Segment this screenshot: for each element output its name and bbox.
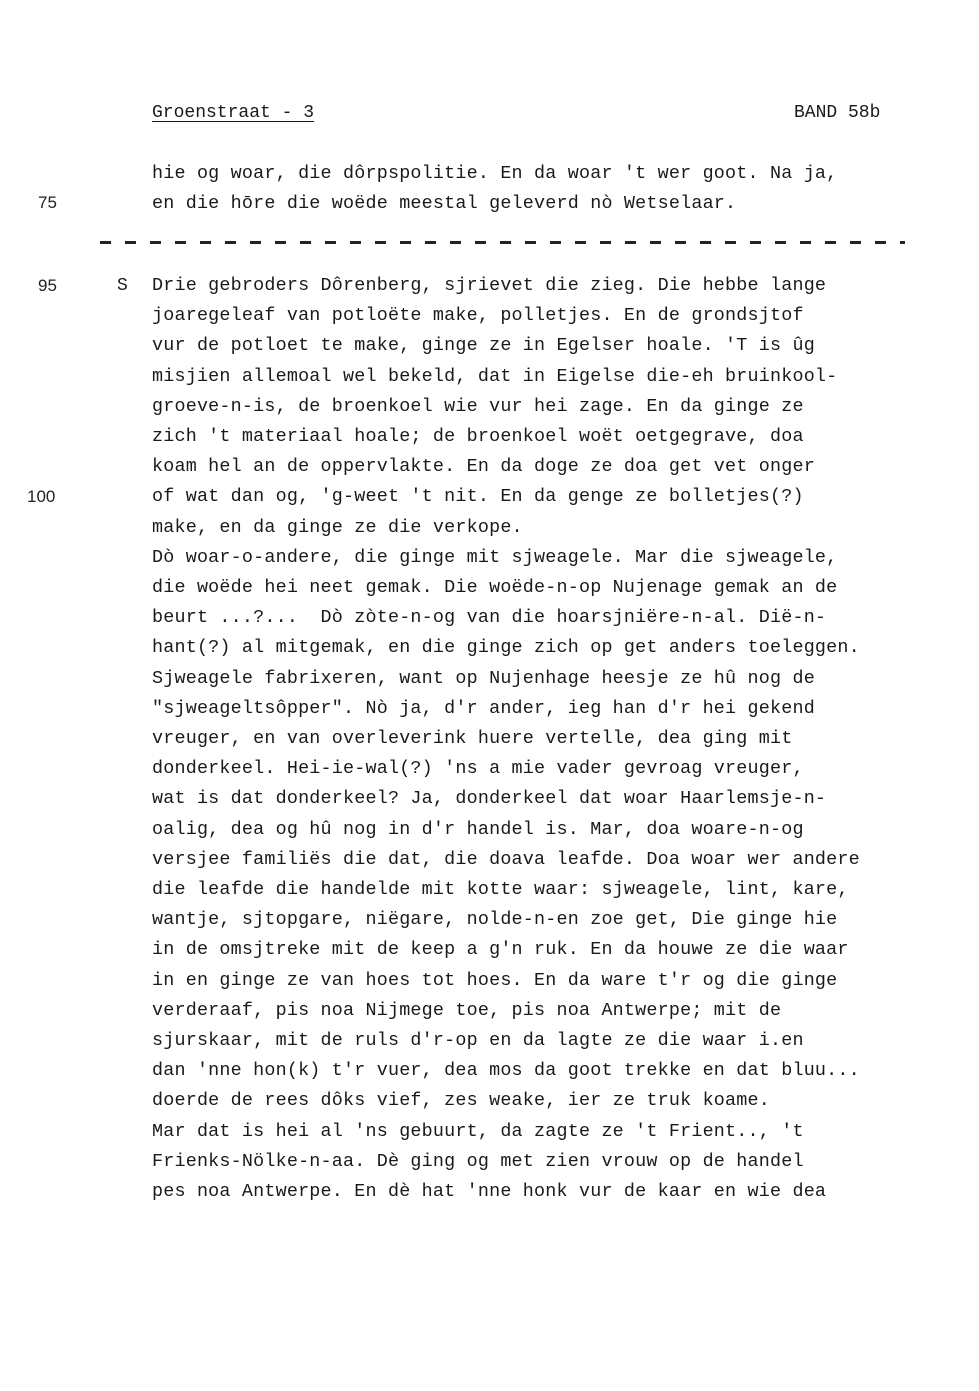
transcript-line: wantje, sjtopgare, niëgare, nolde-n-en z… bbox=[152, 909, 837, 930]
speaker-label: S bbox=[117, 276, 128, 296]
transcript-line: doerde de rees dôks vief, zes weake, ier… bbox=[152, 1090, 770, 1111]
transcript-line: die leafde die handelde mit kotte waar: … bbox=[152, 879, 849, 900]
transcript-line: misjien allemoal wel bekeld, dat in Eige… bbox=[152, 366, 837, 387]
transcript-line: hie og woar, die dôrpspolitie. En da woa… bbox=[152, 163, 837, 184]
transcript-line: versjee familiës die dat, die doava leaf… bbox=[152, 849, 860, 870]
transcript-line: "sjweageltsôpper". Nò ja, d'r ander, ieg… bbox=[152, 698, 815, 719]
transcript-line: make, en da ginge ze die verkope. bbox=[152, 517, 523, 538]
transcript-line: verderaaf, pis noa Nijmege toe, pis noa … bbox=[152, 1000, 781, 1021]
transcript-line: hant(?) al mitgemak, en die ginge zich o… bbox=[152, 637, 860, 658]
transcript-line: koam hel an de oppervlakte. En da doge z… bbox=[152, 456, 815, 477]
transcript-line: in en ginge ze van hoes tot hoes. En da … bbox=[152, 970, 837, 991]
transcript-line: wat is dat donderkeel? Ja, donderkeel da… bbox=[152, 788, 826, 809]
transcript-line: in de omsjtreke mit de keep a g'n ruk. E… bbox=[152, 939, 849, 960]
tape-label: BAND 58b bbox=[794, 103, 880, 123]
transcript-line: sjurskaar, mit de ruls d'r-op en da lagt… bbox=[152, 1030, 804, 1051]
line-number: 95 bbox=[38, 276, 57, 296]
transcript-line: joaregeleaf van potloëte make, polletjes… bbox=[152, 305, 804, 326]
transcript-line: en die hōre die woëde meestal geleverd n… bbox=[152, 193, 736, 214]
transcript-line: beurt ...?... Dò zòte-n-og van die hoars… bbox=[152, 607, 826, 628]
transcript-line: dan 'nne hon(k) t'r vuer, dea mos da goo… bbox=[152, 1060, 860, 1081]
transcript-line: Frienks-Nölke-n-aa. Dè ging og met zien … bbox=[152, 1151, 804, 1172]
section-separator bbox=[100, 241, 905, 244]
transcript-line: donderkeel. Hei-ie-wal(?) 'ns a mie vade… bbox=[152, 758, 804, 779]
transcript-line: vur de potloet te make, ginge ze in Egel… bbox=[152, 335, 815, 356]
transcript-line: vreuger, en van overleverink huere verte… bbox=[152, 728, 792, 749]
transcript-line: die woëde hei neet gemak. Die woëde-n-op… bbox=[152, 577, 837, 598]
document-title: Groenstraat - 3 bbox=[152, 103, 314, 123]
transcript-line: pes noa Antwerpe. En dè hat 'nne honk vu… bbox=[152, 1181, 826, 1202]
transcript-line: oalig, dea og hû nog in d'r handel is. M… bbox=[152, 819, 804, 840]
transcript-line: Mar dat is hei al 'ns gebuurt, da zagte … bbox=[152, 1121, 804, 1142]
transcript-page: Groenstraat - 3 BAND 58b 75 hie og woar,… bbox=[0, 0, 979, 1391]
transcript-line: Sjweagele fabrixeren, want op Nujenhage … bbox=[152, 668, 815, 689]
transcript-line: groeve-n-is, de broenkoel wie vur hei za… bbox=[152, 396, 804, 417]
transcript-line: of wat dan og, 'g-weet 't nit. En da gen… bbox=[152, 486, 804, 507]
transcript-line: zich 't materiaal hoale; de broenkoel wo… bbox=[152, 426, 804, 447]
transcript-line: Dò woar-o-andere, die ginge mit sjweagel… bbox=[152, 547, 837, 568]
line-number: 100 bbox=[27, 487, 55, 507]
line-number: 75 bbox=[38, 193, 57, 213]
transcript-line: Drie gebroders Dôrenberg, sjrievet die z… bbox=[152, 275, 826, 296]
